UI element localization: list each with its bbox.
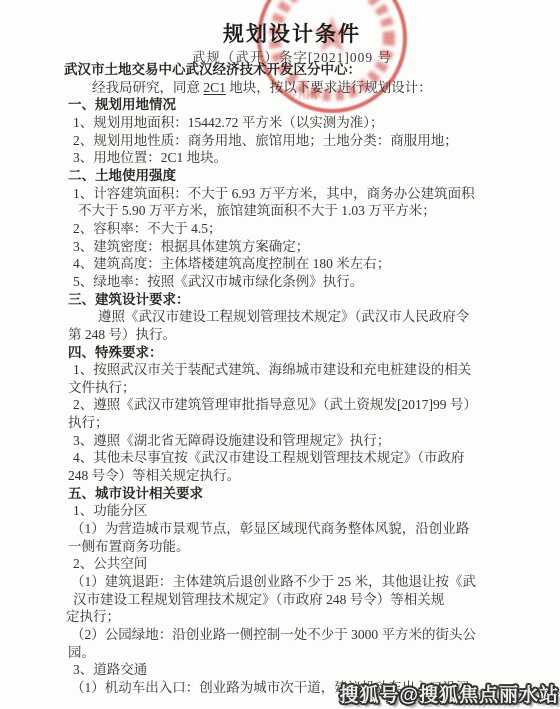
- document-line: 1、计容建筑面积：不大于 6.93 万平方米，其中，商务办公建筑面积: [64, 185, 516, 203]
- section-heading-line: 一、规划用地情况: [64, 96, 516, 114]
- document-line: 2、规划用地性质：商务用地、旅馆用地；土地分类：商服用地；: [64, 132, 516, 150]
- document-line: 4、建筑高度：主体塔楼建筑高度控制在 180 米左右；: [64, 255, 516, 273]
- document-line: 第 248 号）执行。: [64, 326, 516, 344]
- document-line: 2、遵照《武汉市建筑管理审批指导意见》（武土资规发[2017]99 号）: [64, 396, 516, 414]
- document-line: 4、其他未尽事宜按《武汉市建设工程规划管理技术规定》（市政府: [64, 449, 516, 467]
- document-line: 文件执行；: [64, 379, 516, 397]
- document-line: 2、容积率：不大于 4.5；: [64, 220, 516, 238]
- document-line: （1）为营造城市景观节点，彰显区域现代商务整体风貌，沿创业路: [64, 520, 516, 538]
- document-line: 248 号令）等相关规定执行。: [64, 467, 516, 485]
- document-line: 3、用地位置：2C1 地块。: [64, 149, 516, 167]
- document-line: （1）建筑退距：主体建筑后退创业路不少于 25 米，其他退让按《武: [64, 573, 516, 591]
- document-line: 不大于 5.90 万平方米，旅馆建筑面积不大于 1.03 万平方米；: [64, 202, 516, 220]
- document-line: 定执行；: [64, 608, 516, 626]
- document-line: 遵照《武汉市建设工程规划管理技术规定》（武汉市人民政府令: [64, 308, 516, 326]
- document-line: 1、功能分区: [64, 502, 516, 520]
- document-line: 1、按照武汉市关于装配式建筑、海绵城市建设和充电桩建设的相关: [64, 361, 516, 379]
- section-heading-line: 四、特殊要求：: [64, 344, 516, 362]
- section-heading-line: 五、城市设计相关要求: [64, 485, 516, 503]
- document-line: 一侧布置商务功能。: [64, 538, 516, 556]
- scanned-document-page: 专用章 规划设计条件 武规（武开）条字[2021]009 号 武汉市土地交易中心…: [0, 0, 560, 709]
- document-line: 汉市建设工程规划管理技术规定》（市政府 248 号令）等相关规: [64, 591, 516, 609]
- document-line: 执行；: [64, 414, 516, 432]
- section-heading-line: 三、建筑设计要求：: [64, 291, 516, 309]
- body-lines: 一、规划用地情况1、规划用地面积：15442.72 平方米（以实测为准）；2、规…: [64, 96, 516, 696]
- document-body: 武汉市土地交易中心武汉经济技术开发区分中心： 经我局研究，同意 2C1 地块，按…: [64, 61, 516, 697]
- document-line: 3、道路交通: [64, 661, 516, 679]
- intro-prefix: 经我局研究，同意: [92, 80, 203, 95]
- document-title: 规划设计条件: [66, 18, 518, 48]
- document-line: 2、公共空间: [64, 555, 516, 573]
- plot-code-underlined: 2C1: [203, 80, 226, 95]
- intro-suffix: 地块，按以下要求进行规划设计：: [226, 80, 432, 95]
- intro-line: 经我局研究，同意 2C1 地块，按以下要求进行规划设计：: [64, 79, 516, 97]
- document-line: 园。: [64, 644, 516, 662]
- section-heading-line: 二、土地使用强度: [64, 167, 516, 185]
- watermark: 搜狐号@搜狐焦点丽水站: [339, 680, 559, 707]
- document-line: 3、建筑密度：根据具体建筑方案确定；: [64, 238, 516, 256]
- document-line: （2）公园绿地：沿创业路一侧控制一处不少于 3000 平方米的街头公: [64, 626, 516, 644]
- document-line: 5、绿地率：按照《武汉市城市绿化条例》执行。: [64, 273, 516, 291]
- recipient-line: 武汉市土地交易中心武汉经济技术开发区分中心：: [64, 61, 516, 79]
- document-line: 3、遵照《湖北省无障碍设施建设和管理规定》执行；: [64, 432, 516, 450]
- document-line: 1、规划用地面积：15442.72 平方米（以实测为准）；: [64, 114, 516, 132]
